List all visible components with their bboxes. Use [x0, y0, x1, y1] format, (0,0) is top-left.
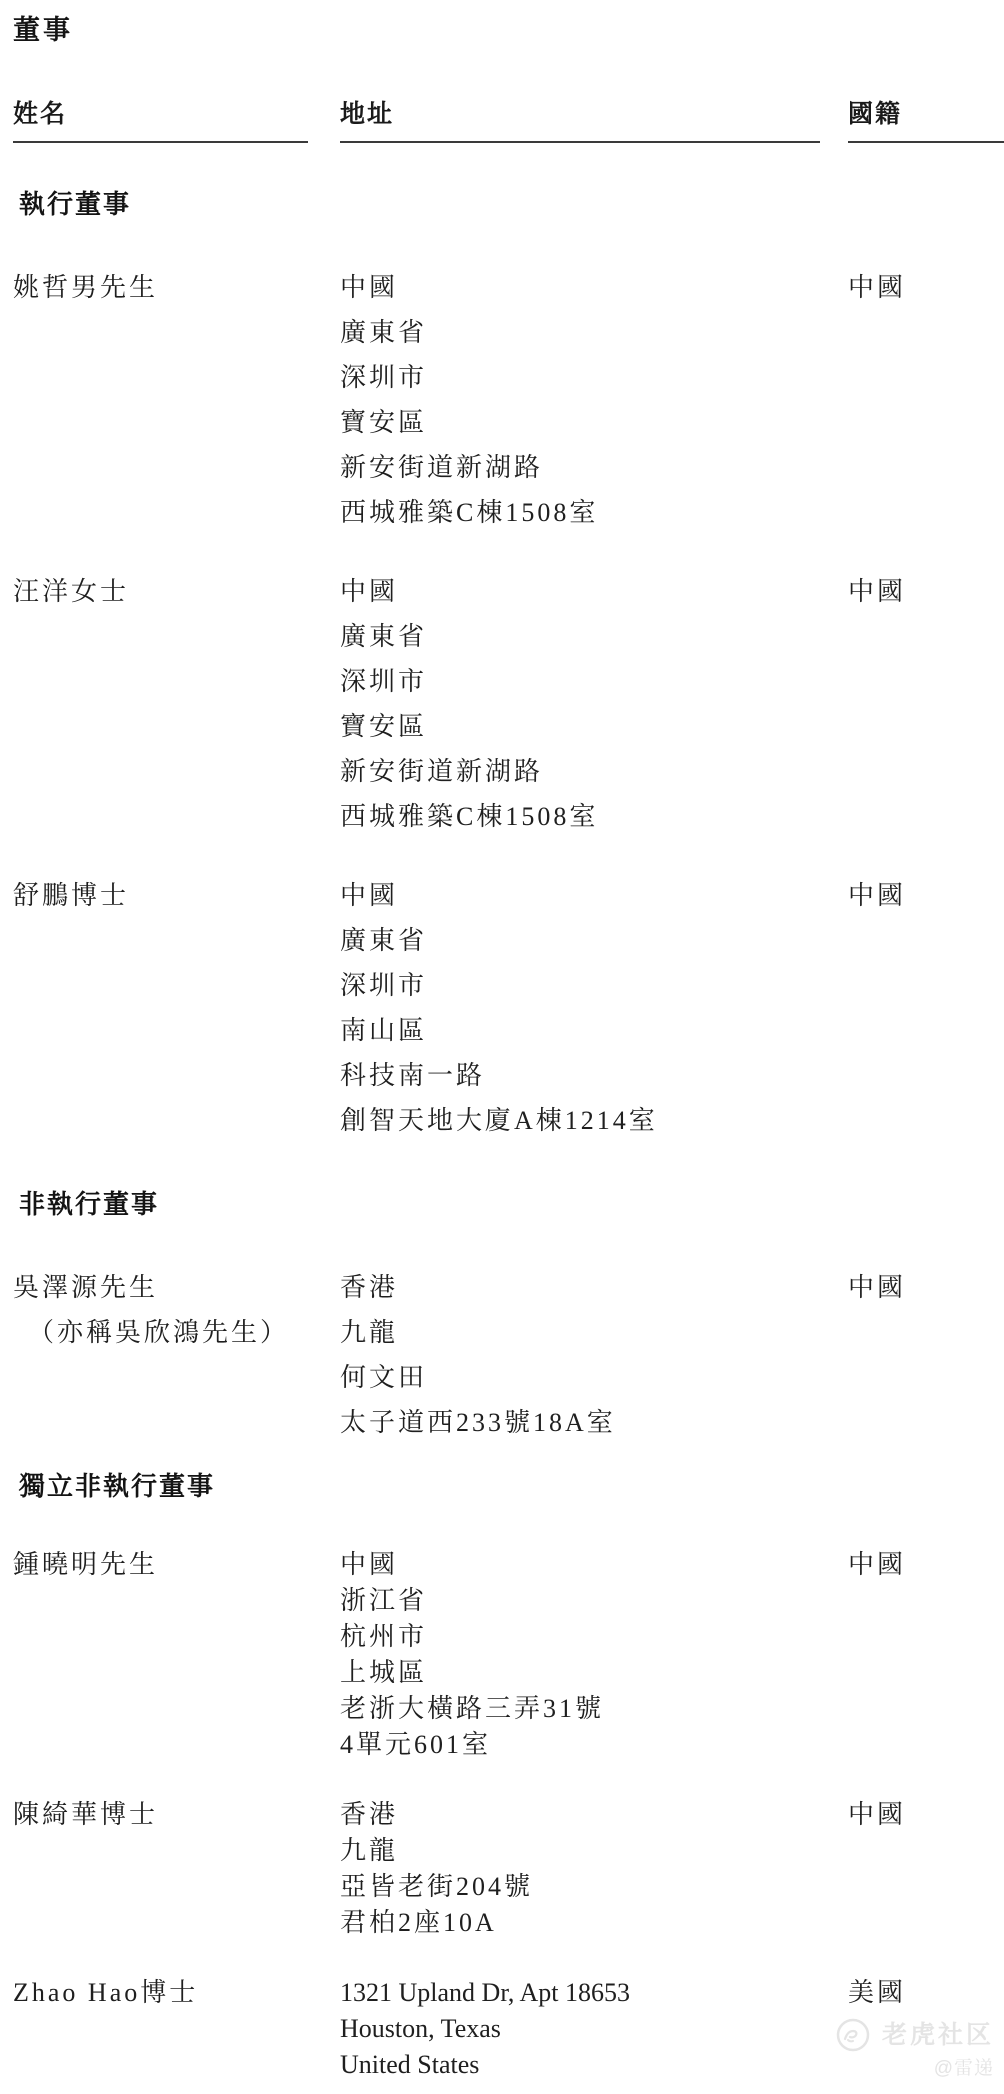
director-address: 香港九龍亞皆老街204號君柏2座10A	[340, 1797, 848, 1941]
director-row: 鍾曉明先生 中國浙江省杭州市上城區老浙大橫路三弄31號4單元601室 中國	[13, 1547, 1004, 1763]
director-nationality: 中國	[848, 1547, 1004, 1763]
text-line: 中國	[848, 265, 1004, 310]
column-header-nationality: 國籍	[848, 101, 1004, 143]
director-name: 鍾曉明先生	[13, 1547, 340, 1763]
text-line: Zhao Hao博士	[13, 1975, 340, 2011]
text-line: 寶安區	[340, 704, 848, 749]
text-line: 深圳市	[340, 355, 848, 400]
text-line: 浙江省	[340, 1583, 848, 1619]
director-nationality: 中國	[848, 1265, 1004, 1445]
text-line: 杭州市	[340, 1619, 848, 1655]
column-header-name: 姓名	[13, 101, 340, 143]
directors-table-body: 執行董事 姚哲男先生 中國廣東省深圳市寶安區新安街道新湖路西城雅築C棟1508室…	[13, 187, 1004, 2083]
text-line: 君柏2座10A	[340, 1905, 848, 1941]
tiger-logo-icon	[836, 2018, 870, 2052]
text-line: 新安街道新湖路	[340, 749, 848, 794]
text-line: 中國	[848, 873, 1004, 918]
text-line: 深圳市	[340, 659, 848, 704]
director-address: 中國浙江省杭州市上城區老浙大橫路三弄31號4單元601室	[340, 1547, 848, 1763]
director-nationality: 中國	[848, 265, 1004, 535]
text-line: 上城區	[340, 1655, 848, 1691]
prospectus-directors-page: 董事 姓名 地址 國籍 執行董事 姚哲男先生 中國廣東省深圳市寶安區新安街道新湖…	[0, 0, 1004, 2094]
section-heading: 非執行董事	[13, 1187, 1004, 1221]
text-line: 九龍	[340, 1310, 848, 1355]
text-line: United States	[340, 2047, 848, 2083]
text-line: Houston, Texas	[340, 2011, 848, 2047]
directors-table-header: 姓名 地址 國籍	[13, 101, 1004, 143]
watermark-brand: 老虎社区	[882, 2020, 994, 2050]
director-row: 吳澤源先生（亦稱吳欣鴻先生） 香港九龍何文田太子道西233號18A室 中國	[13, 1265, 1004, 1445]
text-line: 廣東省	[340, 614, 848, 659]
text-line: （亦稱吳欣鴻先生）	[13, 1310, 340, 1355]
text-line: 西城雅築C棟1508室	[340, 490, 848, 535]
section-heading: 執行董事	[13, 187, 1004, 221]
director-nationality: 中國	[848, 1797, 1004, 1941]
director-name: 陳綺華博士	[13, 1797, 340, 1941]
text-line: 中國	[340, 265, 848, 310]
director-section: 獨立非執行董事 鍾曉明先生 中國浙江省杭州市上城區老浙大橫路三弄31號4單元60…	[13, 1469, 1004, 2083]
director-address: 中國廣東省深圳市南山區科技南一路創智天地大廈A棟1214室	[340, 873, 848, 1143]
text-line: 舒鵬博士	[13, 873, 340, 918]
text-line: 汪洋女士	[13, 569, 340, 614]
text-line: 科技南一路	[340, 1053, 848, 1098]
director-row: 陳綺華博士 香港九龍亞皆老街204號君柏2座10A 中國	[13, 1797, 1004, 1941]
text-line: 鍾曉明先生	[13, 1547, 340, 1583]
text-line: 吳澤源先生	[13, 1265, 340, 1310]
director-address: 1321 Upland Dr, Apt 18653Houston, TexasU…	[340, 1975, 848, 2083]
text-line: 香港	[340, 1797, 848, 1833]
director-address: 中國廣東省深圳市寶安區新安街道新湖路西城雅築C棟1508室	[340, 569, 848, 839]
text-line: 1321 Upland Dr, Apt 18653	[340, 1975, 848, 2011]
director-name: 舒鵬博士	[13, 873, 340, 1143]
text-line: 老浙大橫路三弄31號	[340, 1691, 848, 1727]
director-nationality: 中國	[848, 873, 1004, 1143]
text-line: 亞皆老街204號	[340, 1869, 848, 1905]
text-line: 中國	[340, 569, 848, 614]
director-name: 姚哲男先生	[13, 265, 340, 535]
text-line: 陳綺華博士	[13, 1797, 340, 1833]
director-address: 中國廣東省深圳市寶安區新安街道新湖路西城雅築C棟1508室	[340, 265, 848, 535]
director-section: 執行董事 姚哲男先生 中國廣東省深圳市寶安區新安街道新湖路西城雅築C棟1508室…	[13, 187, 1004, 1143]
text-line: 寶安區	[340, 400, 848, 445]
text-line: 4單元601室	[340, 1727, 848, 1763]
director-name: Zhao Hao博士	[13, 1975, 340, 2083]
director-name: 汪洋女士	[13, 569, 340, 839]
text-line: 廣東省	[340, 310, 848, 355]
director-address: 香港九龍何文田太子道西233號18A室	[340, 1265, 848, 1445]
text-line: 廣東省	[340, 918, 848, 963]
director-row: 舒鵬博士 中國廣東省深圳市南山區科技南一路創智天地大廈A棟1214室 中國	[13, 873, 1004, 1143]
text-line: 中國	[848, 569, 1004, 614]
text-line: 中國	[848, 1797, 1004, 1833]
page-title: 董事	[13, 14, 1004, 46]
text-line: 太子道西233號18A室	[340, 1400, 848, 1445]
director-section: 非執行董事 吳澤源先生（亦稱吳欣鴻先生） 香港九龍何文田太子道西233號18A室…	[13, 1187, 1004, 1445]
watermark-brand-row: 老虎社区	[836, 2018, 994, 2052]
column-header-address: 地址	[340, 101, 848, 143]
director-row: 姚哲男先生 中國廣東省深圳市寶安區新安街道新湖路西城雅築C棟1508室 中國	[13, 265, 1004, 535]
text-line: 中國	[848, 1547, 1004, 1583]
text-line: 香港	[340, 1265, 848, 1310]
text-line: 中國	[340, 1547, 848, 1583]
text-line: 中國	[848, 1265, 1004, 1310]
text-line: 九龍	[340, 1833, 848, 1869]
section-heading: 獨立非執行董事	[13, 1469, 1004, 1503]
text-line: 創智天地大廈A棟1214室	[340, 1098, 848, 1143]
director-row: 汪洋女士 中國廣東省深圳市寶安區新安街道新湖路西城雅築C棟1508室 中國	[13, 569, 1004, 839]
text-line: 西城雅築C棟1508室	[340, 794, 848, 839]
text-line: 南山區	[340, 1008, 848, 1053]
watermark-handle: @雷递	[836, 2058, 994, 2080]
watermark: 老虎社区 @雷递	[836, 2018, 994, 2080]
text-line: 何文田	[340, 1355, 848, 1400]
text-line: 中國	[340, 873, 848, 918]
director-nationality: 中國	[848, 569, 1004, 839]
text-line: 新安街道新湖路	[340, 445, 848, 490]
director-name: 吳澤源先生（亦稱吳欣鴻先生）	[13, 1265, 340, 1445]
text-line: 美國	[848, 1975, 1004, 2011]
text-line: 姚哲男先生	[13, 265, 340, 310]
text-line: 深圳市	[340, 963, 848, 1008]
